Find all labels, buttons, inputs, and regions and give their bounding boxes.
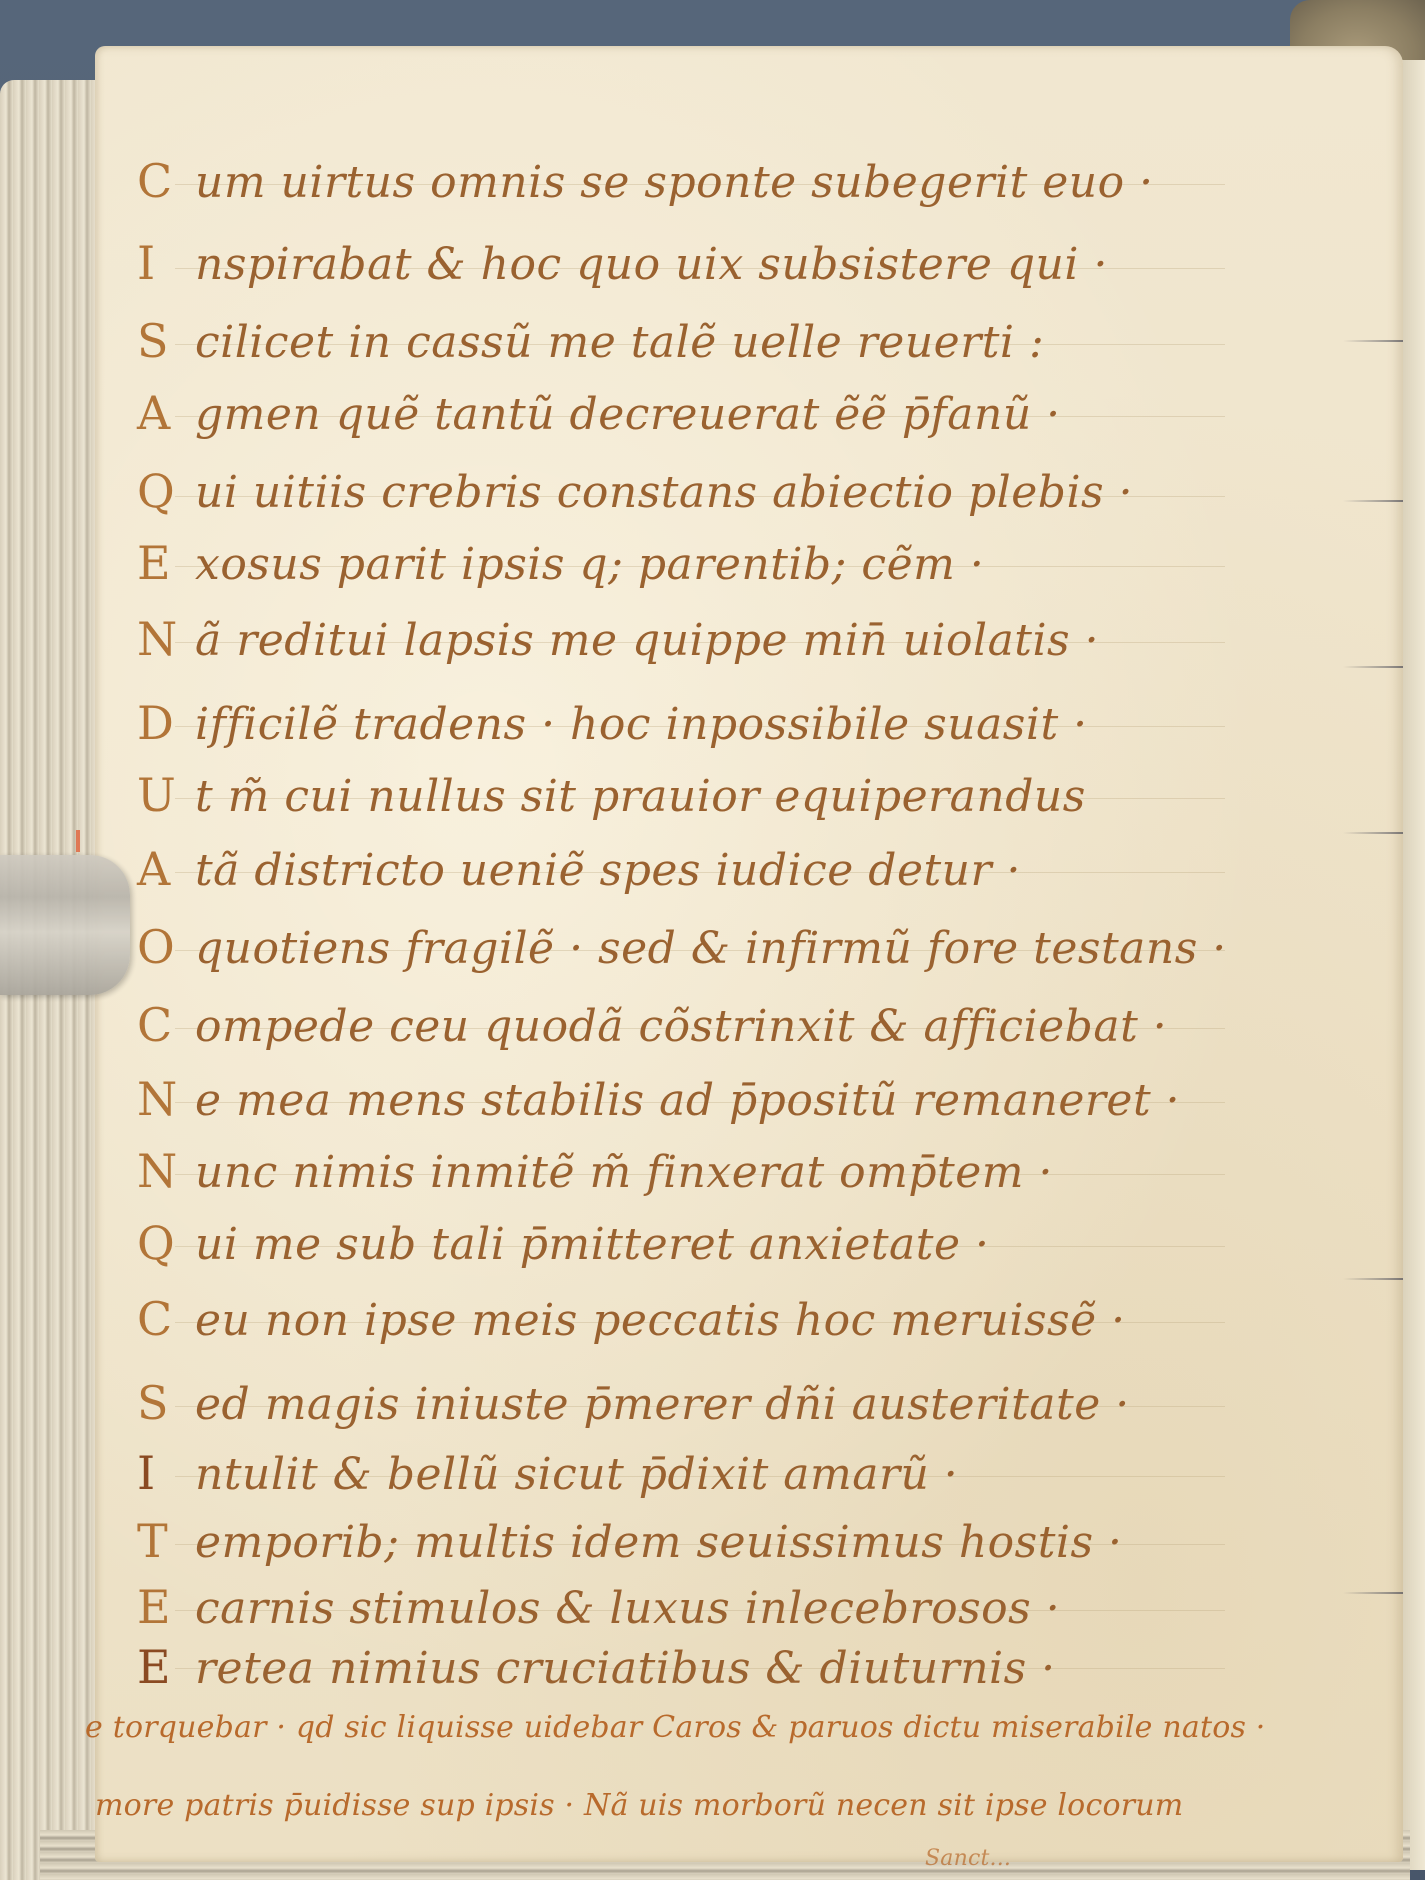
initial-letter: N (137, 612, 195, 666)
text-line-21: Eretea nimius cruciatibus & diuturnis · (137, 1640, 1056, 1694)
line-text: gmen quẽ tantũ decreuerat ẽẽ p̄fanũ · (195, 389, 1061, 440)
initial-letter: N (137, 1144, 195, 1198)
initial-letter: U (137, 768, 195, 822)
pricking-slit (1343, 1592, 1403, 1594)
text-line-19: Temporib; multis idem seuissimus hostis … (137, 1514, 1123, 1568)
initial-letter: N (137, 1072, 195, 1126)
manuscript-page: Cum uirtus omnis se sponte subegerit euo… (95, 46, 1403, 1862)
text-line-12: Compede ceu quodã cõstrinxit & afficieba… (137, 998, 1167, 1052)
line-text: um uirtus omnis se sponte subegerit euo … (195, 157, 1154, 208)
line-text: xosus parit ipsis q; parentib; cẽm · (195, 539, 984, 590)
initial-letter: E (137, 1580, 195, 1634)
text-line-4: Agmen quẽ tantũ decreuerat ẽẽ p̄fanũ · (137, 386, 1061, 440)
initial-letter: C (137, 998, 195, 1052)
text-line-2: Inspirabat & hoc quo uix subsistere qui … (137, 236, 1108, 290)
line-text: quotiens fragilẽ · sed & infirmũ fore te… (195, 923, 1227, 974)
text-line-3: Scilicet in cassũ me talẽ uelle reuerti … (137, 314, 1044, 368)
bottom-gloss-line-2: more patris p̄uidisse sup ipsis · Nã uis… (95, 1788, 1183, 1823)
line-text: nspirabat & hoc quo uix subsistere qui · (195, 239, 1108, 290)
line-text: ntulit & bellũ sicut p̄dixit amarũ · (195, 1449, 958, 1500)
text-line-11: Oquotiens fragilẽ · sed & infirmũ fore t… (137, 920, 1227, 974)
text-line-13: Ne mea mens stabilis ad p̄positũ remaner… (137, 1072, 1180, 1126)
line-text: tã districto ueniẽ spes iudice detur · (195, 845, 1021, 896)
line-text: ompede ceu quodã cõstrinxit & afficiebat… (195, 1001, 1167, 1052)
initial-letter: E (137, 1640, 195, 1694)
initial-letter: T (137, 1514, 195, 1568)
line-text: ed magis iniuste p̄merer dñi austeritate… (195, 1379, 1130, 1430)
red-marker-tab (76, 830, 80, 852)
initial-letter: I (137, 1446, 195, 1500)
text-line-10: Atã districto ueniẽ spes iudice detur · (137, 842, 1021, 896)
text-line-16: Ceu non ipse meis peccatis hoc meruissẽ … (137, 1292, 1126, 1346)
initial-letter: Q (137, 1216, 195, 1270)
text-line-14: Nunc nimis inmitẽ m̃ finxerat omp̄tem · (137, 1144, 1053, 1198)
text-line-7: Nã reditui lapsis me quippe min̄ uiolati… (137, 612, 1099, 666)
pricking-slit (1343, 666, 1403, 668)
line-text: retea nimius cruciatibus & diuturnis · (195, 1643, 1056, 1694)
pricking-slit (1343, 340, 1403, 342)
text-line-5: Qui uitiis crebris constans abiectio ple… (137, 464, 1133, 518)
initial-letter: A (137, 386, 195, 440)
line-text: ifficilẽ tradens · hoc inpossibile suasi… (195, 699, 1088, 750)
initial-letter: C (137, 1292, 195, 1346)
initial-letter: A (137, 842, 195, 896)
initial-letter: E (137, 536, 195, 590)
initial-letter: Q (137, 464, 195, 518)
line-text: ui me sub tali p̄mitteret anxietate · (195, 1219, 989, 1270)
book-board-right (1400, 60, 1425, 1870)
line-text: e mea mens stabilis ad p̄positũ remanere… (195, 1075, 1180, 1126)
initial-letter: S (137, 314, 195, 368)
line-text: t m̃ cui nullus sit prauior equiperandus (195, 771, 1086, 822)
line-text: cilicet in cassũ me talẽ uelle reuerti : (195, 317, 1044, 368)
pricking-slit (1343, 1278, 1403, 1280)
bottom-gloss-fragment: Sanct... (925, 1846, 1011, 1871)
initial-letter: S (137, 1376, 195, 1430)
initial-letter: D (137, 696, 195, 750)
line-text: unc nimis inmitẽ m̃ finxerat omp̄tem · (195, 1147, 1053, 1198)
bottom-gloss-line-1: e torquebar · qd sic liquisse uidebar Ca… (85, 1710, 1266, 1745)
text-line-6: Exosus parit ipsis q; parentib; cẽm · (137, 536, 984, 590)
text-line-1: Cum uirtus omnis se sponte subegerit euo… (137, 154, 1154, 208)
initial-letter: O (137, 920, 195, 974)
pricking-slit (1343, 500, 1403, 502)
line-text: emporib; multis idem seuissimus hostis · (195, 1517, 1123, 1568)
line-text: ã reditui lapsis me quippe min̄ uiolatis… (195, 615, 1099, 666)
text-line-18: Intulit & bellũ sicut p̄dixit amarũ · (137, 1446, 958, 1500)
line-text: carnis stimulos & luxus inlecebrosos · (195, 1583, 1060, 1634)
text-line-9: Ut m̃ cui nullus sit prauior equiperandu… (137, 768, 1086, 822)
text-line-20: Ecarnis stimulos & luxus inlecebrosos · (137, 1580, 1060, 1634)
text-line-8: Difficilẽ tradens · hoc inpossibile suas… (137, 696, 1088, 750)
line-text: ui uitiis crebris constans abiectio pleb… (195, 467, 1133, 518)
initial-letter: I (137, 236, 195, 290)
text-line-15: Qui me sub tali p̄mitteret anxietate · (137, 1216, 989, 1270)
page-clip (0, 855, 130, 995)
line-text: eu non ipse meis peccatis hoc meruissẽ · (195, 1295, 1126, 1346)
text-line-17: Sed magis iniuste p̄merer dñi austeritat… (137, 1376, 1130, 1430)
initial-letter: C (137, 154, 195, 208)
pricking-slit (1343, 832, 1403, 834)
